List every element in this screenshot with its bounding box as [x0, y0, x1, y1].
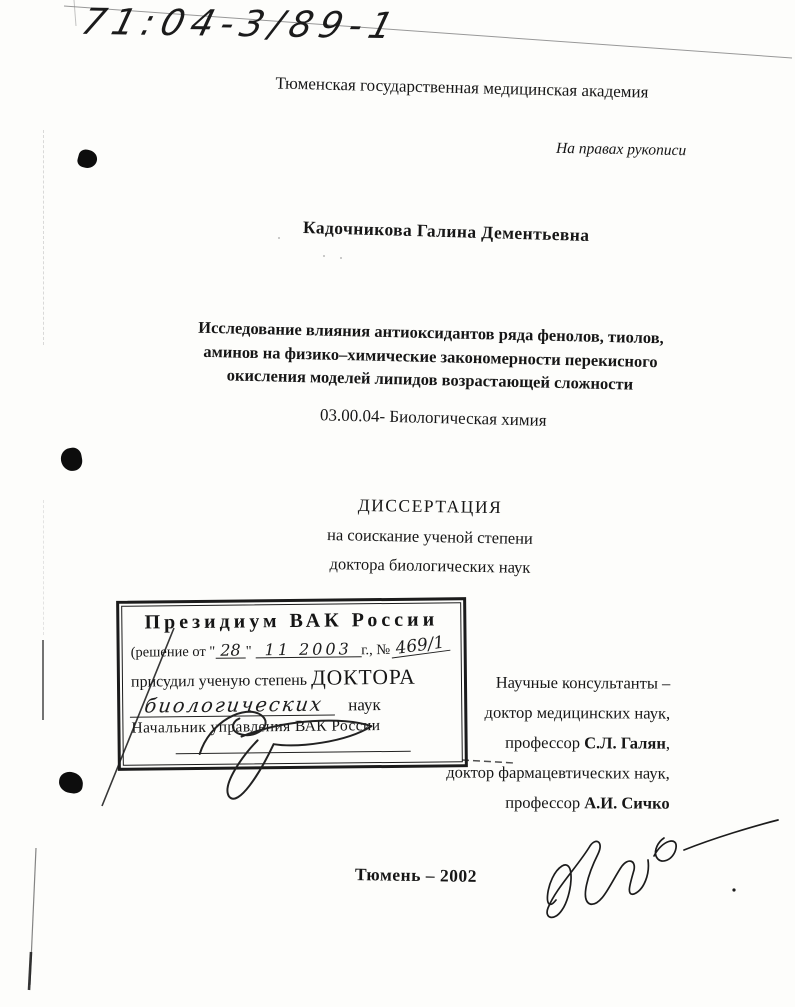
ink-blob-middle [59, 446, 84, 472]
consultant-degree-2: доктор фармацевтических наук, [410, 757, 670, 788]
city-year: Тюмень – 2002 [355, 864, 477, 887]
consultant-1-prefix: профессор [505, 733, 584, 752]
stamp-header: Президиум ВАК России [130, 608, 452, 634]
stamp-decision-close-quote: " [246, 643, 252, 659]
consultant-name-1: профессор С.Л. Галян, [410, 727, 670, 758]
stamp-decision-number-handwritten: 469/1 [389, 635, 450, 659]
scan-edge-dashed-line-lower [43, 500, 44, 635]
consultant-1-name: С.Л. Галян [584, 733, 666, 752]
scan-speck [278, 237, 280, 239]
consultant-2-prefix: профессор [505, 793, 584, 812]
stamp-decision-prefix: (решение от " [131, 644, 216, 661]
author-name: Кадочникова Галина Дементьевна [303, 217, 590, 246]
dissertation-title-page: 71:04-3/89-1 Тюменская государственная м… [0, 0, 795, 1007]
degree-pursuit-line: на соискание ученой степени [280, 524, 580, 550]
stamp-awarded-line: присудил ученую степень ДОКТОРА [131, 664, 453, 692]
consultants-block: Научные консультанты – доктор медицински… [410, 667, 671, 818]
scan-edge-dashed-line-upper [43, 130, 44, 345]
consultants-heading: Научные консультанты – [410, 667, 670, 698]
dissertation-title: Исследование влияния антиоксидантов ряда… [177, 315, 683, 397]
ink-blob-bottom [58, 770, 85, 794]
degree-name-line: доктора биологических наук [280, 553, 580, 579]
ink-blob-top [76, 148, 99, 170]
stamp-decision-day-handwritten: 28 [215, 642, 246, 658]
consultant-2-name: А.И. Сичко [584, 793, 670, 812]
scan-speck [323, 255, 325, 257]
consultant-degree-1: доктор медицинских наук, [410, 697, 670, 728]
stamp-decision-line: (решение от "28" 11 2003г., №469/1 [131, 640, 453, 661]
institution-name: Тюменская государственная медицинская ак… [252, 73, 672, 103]
stamp-awarded-degree: ДОКТОРА [311, 665, 416, 690]
stamp-decision-suffix: г., № [361, 642, 390, 658]
scan-speck [340, 257, 342, 259]
specialty-code: 03.00.04- Биологическая химия [320, 405, 547, 431]
manuscript-rights-note: На правах рукописи [556, 140, 686, 160]
stamp-decision-date-handwritten: 11 2003 [255, 641, 361, 658]
scan-edge-solid-line [42, 640, 44, 720]
author-signature [538, 812, 788, 942]
consultant-1-suffix: , [666, 734, 670, 753]
official-signature [185, 692, 386, 814]
archive-number-handwritten: 71:04-3/89-1 [77, 2, 404, 47]
document-type: ДИССЕРТАЦИЯ [330, 494, 530, 518]
stamp-awarded-text: присудил ученую степень [131, 672, 307, 691]
